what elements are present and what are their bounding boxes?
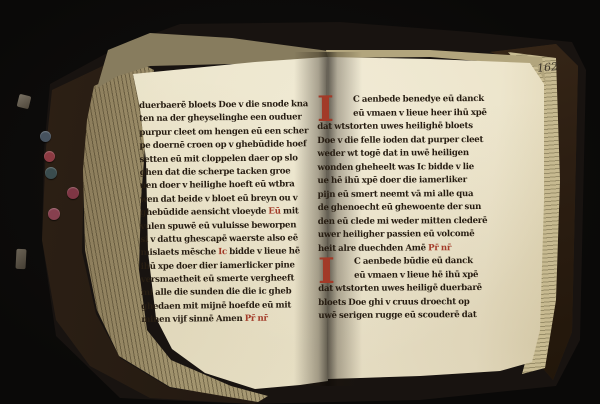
manuscript-line: pe doernē croen op v ghebūdide hoef [139, 138, 315, 153]
ink-text: uen doer v heilighe hoeft eū wtbra [140, 180, 295, 192]
rubric-text: Pr̄ nr̄ [428, 243, 451, 253]
ink-text: mislaets mēsche [141, 247, 219, 258]
drop-cap-initial: I [318, 258, 350, 285]
manuscript-line: Doe v die felle ioden dat purper cleet [317, 133, 503, 148]
ink-text: minen vijf sinnē Amen [141, 314, 245, 325]
manuscript-line: weder wt togē dat in uwē heiligen [317, 147, 503, 162]
ink-text: eū vmaen v lieue hē ihū xpē [354, 270, 478, 281]
manuscript-line: den eū clede mi weder mitten clederē [318, 214, 504, 229]
ink-text: si v dattu ghescapē waerste also eē [140, 233, 298, 245]
clasp-fitting-bottom [15, 249, 26, 269]
manuscript-line: mislaets mēsche Ic bidde v lieue hē [141, 245, 317, 260]
ink-text: ten na der gheyselinghe een ouduer [139, 113, 302, 125]
ink-text: ihū xpe doer dier iamerlicker pine [141, 260, 295, 272]
ink-text: C aenbede būdie eū danck [354, 256, 473, 267]
bookmark-tab [44, 151, 55, 162]
ink-text: den eū clede mi weder mitten clederē [318, 215, 488, 226]
ink-text: mi alle die sunden die die ic gheb [141, 287, 291, 299]
bookmark-tab [67, 187, 79, 199]
ink-text: wonden gheheelt was Ic bidde v lie [317, 162, 474, 173]
ink-text: heit alre duechden Amē [318, 243, 428, 254]
ink-text: bloets Doe ghi v cruus droecht op [318, 297, 469, 308]
manuscript-line: wonden gheheelt was Ic bidde v lie [317, 160, 503, 175]
ink-text: ghebūdide aensicht vloeyde [140, 207, 268, 218]
page-number: 162 [536, 60, 558, 75]
ink-text: versmaetheit eū smerte vergheeft [141, 273, 294, 285]
bookmark-tab [48, 208, 60, 220]
manuscript-line: ghedaen mit mijnē hoefde eū mit [141, 299, 317, 314]
manuscript-line: ue hē ihū xpē doer die iamerliker [317, 174, 503, 189]
manuscript-paragraph: IC aenbede benedye eū danckeū vmaen v li… [317, 93, 504, 256]
ink-text: ghedaen mit mijnē hoefde eū mit [141, 300, 291, 312]
ink-text: uwē serigen rugge eū scouderē dat [318, 310, 476, 321]
ink-text: C aenbede benedye eū danck [353, 94, 484, 105]
manuscript-line: heit alre duechden Amē Pr̄ nr̄ [318, 241, 504, 256]
ink-text: setten eū mit cloppelen daer op slo [140, 153, 298, 165]
ink-text: ue hē ihū xpē doer die iamerliker [318, 175, 467, 186]
manuscript-line: bloets Doe ghi v cruus droecht op [318, 295, 504, 310]
manuscript-paragraph: IC aenbede būdie eū danckeū vmaen v lieu… [318, 255, 504, 324]
ink-text: purpur cleet om hengen eū een scher [139, 126, 308, 138]
manuscript-line: pijn eū smert neemt vā mi alle qua [318, 187, 504, 202]
ink-text: pe doernē croen op v ghebūdide hoef [139, 139, 306, 151]
ink-text: uwer heiligher passien eū volcomē [318, 229, 475, 240]
manuscript-line: ghebūdide aensicht vloeyde Eū mit [140, 205, 316, 220]
ink-text: Doe v die felle ioden dat purper cleet [317, 134, 483, 145]
ink-text: vulen spuwē eū vuluisse beworpen [140, 220, 296, 232]
ink-text: eū vmaen v lieue heer ihū xpē [353, 107, 487, 118]
ink-text: bidde v lieue hē [227, 247, 300, 258]
rubric-text: Eū [268, 207, 280, 217]
ink-text: pijn eū smert neemt vā mi alle qua [318, 189, 474, 200]
manuscript-line: de ghenoecht eū ghewoente der sun [318, 201, 504, 216]
manuscript-line: uwer heiligher passien eū volcomē [318, 228, 504, 243]
drop-cap-initial: I [317, 96, 349, 123]
right-page-text: IC aenbede benedye eū danckeū vmaen v li… [317, 93, 504, 324]
bookmark-tab [45, 167, 57, 179]
ink-text: ghen dat die scherpe tacken groe [140, 166, 291, 178]
left-page-text: duerbaerē bloets Doe v die snode knaten … [139, 98, 317, 327]
ink-text: weder wt togē dat in uwē heiligen [317, 148, 469, 159]
manuscript-line: uwē serigen rugge eū scouderē dat [318, 309, 504, 324]
ink-text: wen dat beide v bloet eū breyn ou v [140, 193, 298, 205]
ink-text: duerbaerē bloets Doe v die snode kna [139, 99, 308, 111]
ink-text: mit [281, 206, 299, 216]
photo-background: 162 duerbaerē bloets Doe v die snode kna… [0, 0, 600, 404]
clasp-fitting-top [17, 94, 32, 110]
manuscript-line: minen vijf sinnē Amen Pr̄ nr̄ [141, 312, 317, 327]
ink-text: de ghenoecht eū ghewoente der sun [318, 202, 481, 213]
bookmark-tab [40, 131, 51, 142]
rubric-text: Pr̄ nr̄ [245, 314, 268, 324]
